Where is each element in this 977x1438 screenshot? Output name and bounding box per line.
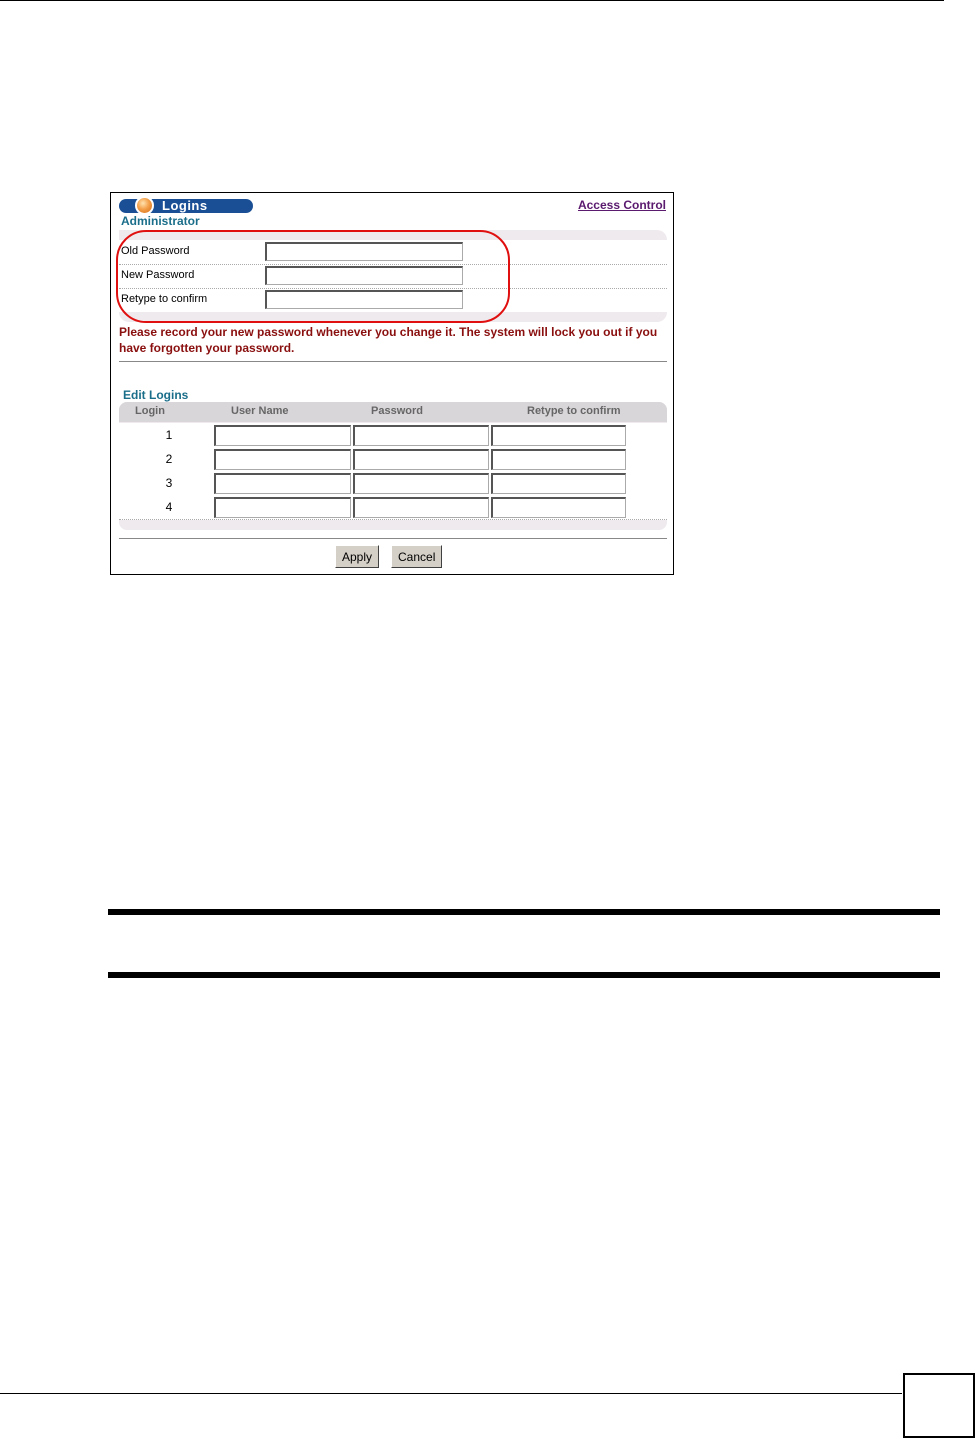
retype-input[interactable]: [491, 473, 626, 494]
table-header: Login User Name Password Retype to confi…: [119, 402, 667, 422]
login-number: 4: [119, 500, 219, 514]
login-number: 3: [119, 476, 219, 490]
page-title: Logins: [162, 198, 208, 213]
table-row: 3: [119, 471, 667, 496]
user-name-input[interactable]: [214, 497, 351, 518]
note-rule-top: [108, 909, 940, 915]
edit-logins-table: Login User Name Password Retype to confi…: [119, 402, 667, 530]
table-row: 1: [119, 423, 667, 448]
table-row: 2: [119, 447, 667, 472]
edit-logins-heading: Edit Logins: [123, 388, 188, 402]
password-input[interactable]: [353, 473, 489, 494]
divider: [119, 538, 667, 539]
login-number: 1: [119, 428, 219, 442]
table-row: 4: [119, 495, 667, 520]
access-control-link[interactable]: Access Control: [578, 198, 666, 212]
password-input[interactable]: [353, 449, 489, 470]
cancel-button[interactable]: Cancel: [391, 545, 442, 568]
retype-input[interactable]: [491, 497, 626, 518]
retype-input[interactable]: [491, 425, 626, 446]
divider: [119, 361, 667, 362]
retype-input[interactable]: [491, 449, 626, 470]
apply-button[interactable]: Apply: [335, 545, 379, 568]
column-password: Password: [371, 405, 423, 417]
highlight-oval: [116, 230, 510, 323]
orange-orb-icon: [135, 196, 154, 215]
password-input[interactable]: [353, 425, 489, 446]
title-pill: Logins: [119, 199, 253, 213]
user-name-input[interactable]: [214, 449, 351, 470]
column-login: Login: [135, 405, 165, 417]
column-user-name: User Name: [231, 405, 288, 417]
user-name-input[interactable]: [214, 425, 351, 446]
login-number: 2: [119, 452, 219, 466]
administrator-heading: Administrator: [121, 214, 200, 228]
user-name-input[interactable]: [214, 473, 351, 494]
column-retype: Retype to confirm: [527, 405, 621, 417]
page-number-box: [903, 1373, 975, 1438]
password-warning: Please record your new password whenever…: [119, 324, 669, 356]
password-input[interactable]: [353, 497, 489, 518]
note-rule-bottom: [108, 972, 940, 978]
header-rule: [0, 0, 944, 1]
footer-rule: [0, 1393, 902, 1394]
